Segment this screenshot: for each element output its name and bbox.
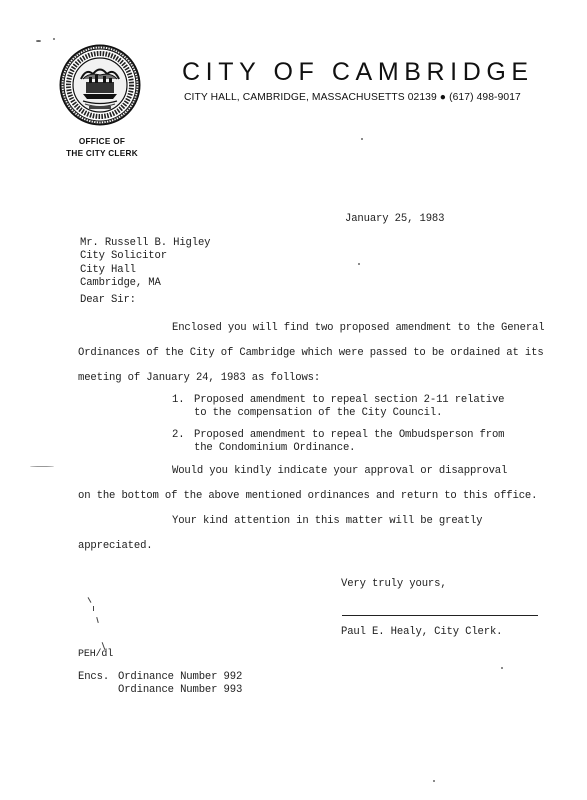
body-p1-line2: Ordinances of the City of Cambridge whic… [78, 347, 544, 359]
office-line-2: THE CITY CLERK [58, 148, 146, 160]
scan-speck [501, 667, 503, 669]
scan-speck [53, 38, 55, 40]
scan-speck [358, 263, 360, 265]
office-label: OFFICE OF THE CITY CLERK [58, 136, 146, 160]
list-item-number: 1. [172, 394, 184, 406]
valediction: Very truly yours, [341, 578, 447, 590]
list-item: Proposed amendment to repeal section 2-1… [194, 394, 504, 421]
recipient-title: City Solicitor [80, 250, 210, 263]
recipient-name: Mr. Russell B. Higley [80, 237, 210, 250]
list-item-line2: to the compensation of the City Council. [194, 407, 504, 420]
body-p3-line1: Your kind attention in this matter will … [172, 515, 482, 527]
recipient-building: City Hall [80, 264, 210, 277]
letter-date: January 25, 1983 [345, 213, 444, 225]
scan-speck [433, 780, 435, 782]
pen-mark [88, 597, 92, 603]
salutation: Dear Sir: [80, 294, 136, 306]
list-item-line1: Proposed amendment to repeal the Ombudsp… [194, 429, 504, 442]
body-p2-line2: on the bottom of the above mentioned ord… [78, 490, 537, 502]
signature-line [342, 615, 538, 616]
recipient-city: Cambridge, MA [80, 277, 210, 290]
enclosures-list: Ordinance Number 992 Ordinance Number 99… [118, 671, 242, 698]
list-item-number: 2. [172, 429, 184, 441]
body-p2-line1: Would you kindly indicate your approval … [172, 465, 507, 477]
body-p3-line2: appreciated. [78, 540, 153, 552]
pen-mark [93, 606, 94, 611]
list-item-line1: Proposed amendment to repeal section 2-1… [194, 394, 504, 407]
list-item-line2: the Condominium Ordinance. [194, 442, 504, 455]
typist-initials: PEH/dl [78, 649, 113, 660]
city-seal-icon [59, 44, 141, 126]
enclosure-item: Ordinance Number 993 [118, 684, 242, 697]
scan-speck [361, 138, 363, 140]
scan-speck [30, 466, 54, 467]
pen-mark [96, 617, 99, 623]
letterhead-title: CITY OF CAMBRIDGE [182, 58, 534, 87]
body-p1-line3: meeting of January 24, 1983 as follows: [78, 372, 320, 384]
enclosures-label: Encs. [78, 671, 109, 683]
scan-speck [36, 40, 41, 42]
recipient-block: Mr. Russell B. Higley City Solicitor Cit… [80, 237, 210, 291]
list-item: Proposed amendment to repeal the Ombudsp… [194, 429, 504, 456]
signer-name: Paul E. Healy, City Clerk. [341, 626, 502, 638]
office-line-1: OFFICE OF [58, 136, 146, 148]
letter-page: CITY OF CAMBRIDGE CITY HALL, CAMBRIDGE, … [0, 0, 587, 800]
body-p1-line1: Enclosed you will find two proposed amen… [172, 322, 544, 334]
letterhead-address: CITY HALL, CAMBRIDGE, MASSACHUSETTS 0213… [184, 92, 521, 103]
enclosure-item: Ordinance Number 992 [118, 671, 242, 684]
